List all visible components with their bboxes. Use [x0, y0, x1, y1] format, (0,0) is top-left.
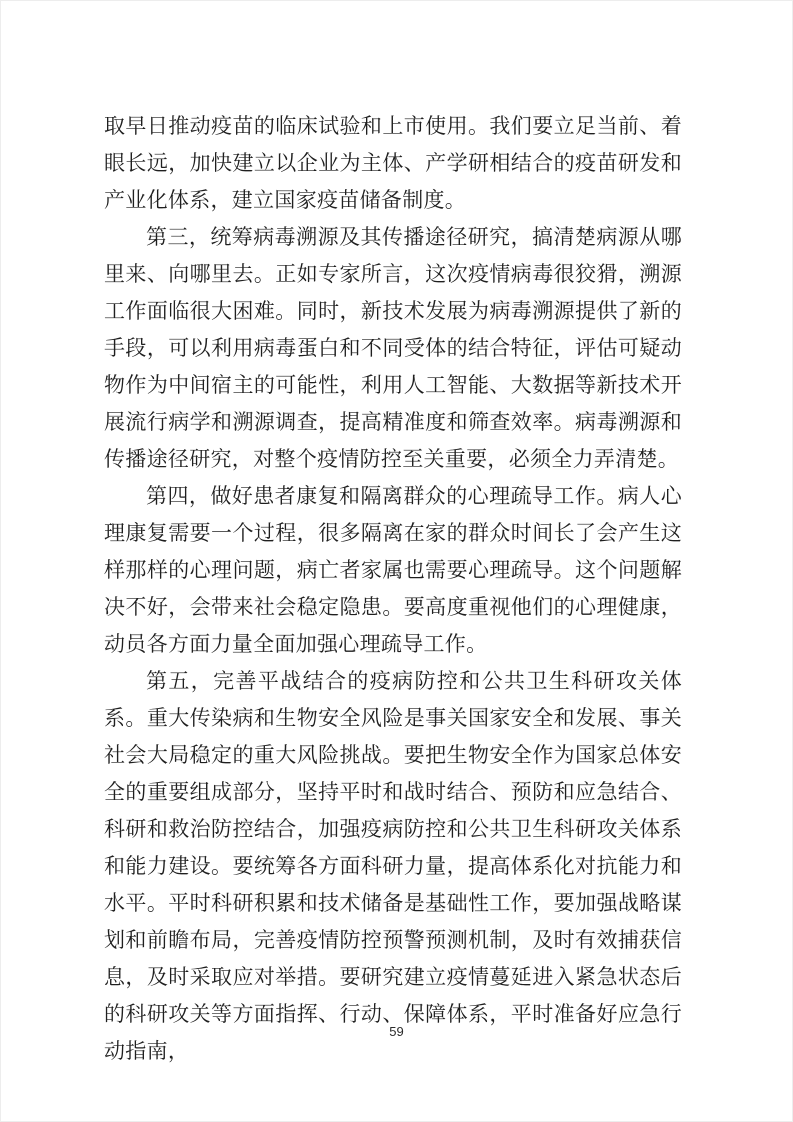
- paragraph: 第三，统筹病毒溯源及其传播途径研究，搞清楚病源从哪里来、向哪里去。正如专家所言，…: [104, 219, 682, 478]
- text-body: 取早日推动疫苗的临床试验和上市使用。我们要立足当前、着眼长远，加快建立以企业为主…: [104, 108, 682, 1070]
- paragraph: 第五，完善平战结合的疫病防控和公共卫生科研攻关体系。重大传染病和生物安全风险是事…: [104, 663, 682, 1070]
- document-page: 取早日推动疫苗的临床试验和上市使用。我们要立足当前、着眼长远，加快建立以企业为主…: [0, 0, 793, 1122]
- paragraph: 第四，做好患者康复和隔离群众的心理疏导工作。病人心理康复需要一个过程，很多隔离在…: [104, 478, 682, 663]
- paragraph: 取早日推动疫苗的临床试验和上市使用。我们要立足当前、着眼长远，加快建立以企业为主…: [104, 108, 682, 219]
- page-number: 59: [0, 1024, 793, 1039]
